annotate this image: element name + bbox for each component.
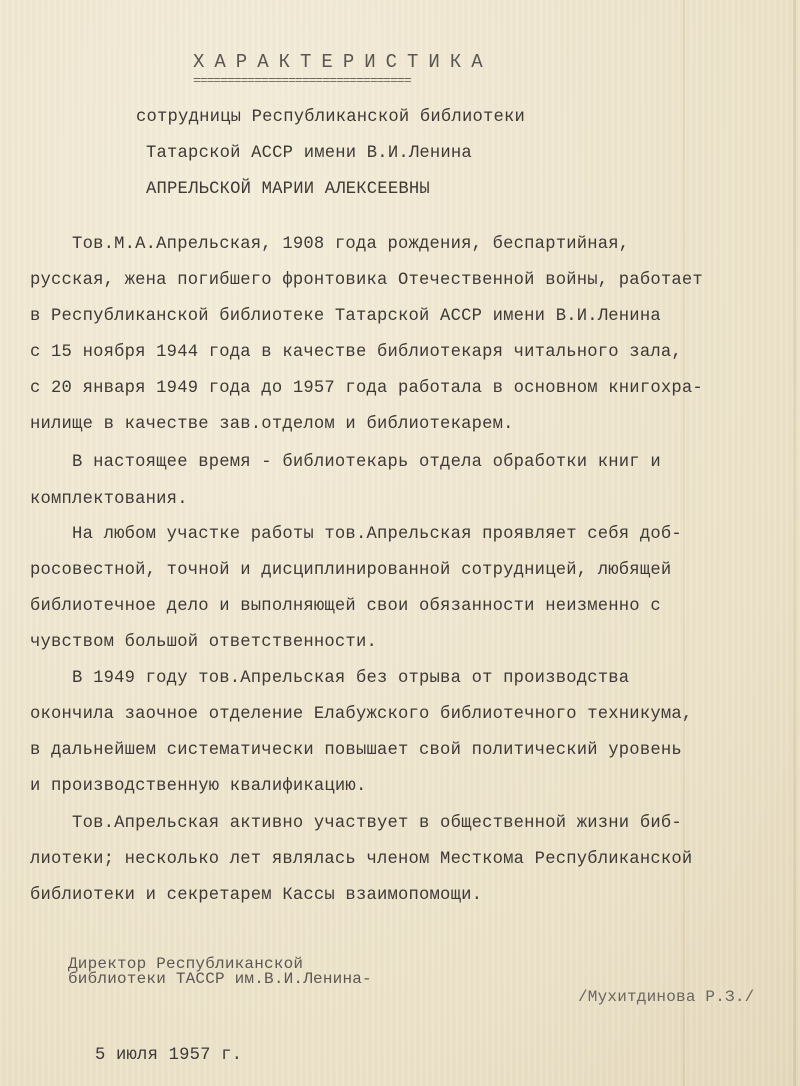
header-line-name: АПРЕЛЬСКОЙ МАРИИ АЛЕКСЕЕВНЫ bbox=[146, 181, 430, 198]
body-line: в дальнейшем систематически повышает сво… bbox=[30, 742, 682, 759]
body-line: В настоящее время - библиотекарь отдела … bbox=[30, 454, 661, 471]
document-date: 5 июля 1957 г. bbox=[95, 1047, 242, 1064]
body-line: Тов.Апрельская активно участвует в общес… bbox=[30, 815, 682, 832]
body-line: и производственную квалификацию. bbox=[30, 778, 366, 795]
body-line: с 20 января 1949 года до 1957 года работ… bbox=[30, 380, 703, 397]
title-underline: ================================ bbox=[193, 74, 411, 87]
body-line: Тов.М.А.Апрельская, 1908 года рождения, … bbox=[30, 236, 629, 253]
body-line: с 15 ноября 1944 года в качестве библиот… bbox=[30, 344, 682, 361]
body-line: библиотеки и секретарем Кассы взаимопомо… bbox=[30, 887, 482, 904]
body-line: русская, жена погибшего фронтовика Отече… bbox=[30, 272, 703, 289]
body-line: комплектования. bbox=[30, 491, 188, 508]
body-line: лиотеки; несколько лет являлась членом М… bbox=[30, 851, 692, 868]
paper-crease bbox=[683, 0, 685, 1086]
document-title: ХАРАКТЕРИСТИКА bbox=[193, 51, 493, 73]
signature-position-line-2: библиотеки ТАССР им.В.И.Ленина- bbox=[68, 972, 372, 987]
body-line: росовестной, точной и дисциплинированной… bbox=[30, 562, 671, 579]
body-line: нилище в качестве зав.отделом и библиоте… bbox=[30, 416, 514, 433]
signature-name: /Мухитдинова Р.З./ bbox=[578, 990, 754, 1005]
body-line: чувством большой ответственности. bbox=[30, 634, 377, 651]
body-line: В 1949 году тов.Апрельская без отрыва от… bbox=[30, 670, 629, 687]
header-line-library: Татарской АССР имени В.И.Ленина bbox=[146, 145, 472, 162]
body-line: На любом участке работы тов.Апрельская п… bbox=[30, 526, 682, 543]
body-line: библиотечное дело и выполняющей свои обя… bbox=[30, 598, 661, 615]
body-line: в Республиканской библиотеке Татарской А… bbox=[30, 308, 661, 325]
body-line: окончила заочное отделение Елабужского б… bbox=[30, 706, 692, 723]
header-line-employee: сотрудницы Республиканской библиотеки bbox=[136, 109, 525, 126]
paper-edge bbox=[793, 0, 796, 1086]
